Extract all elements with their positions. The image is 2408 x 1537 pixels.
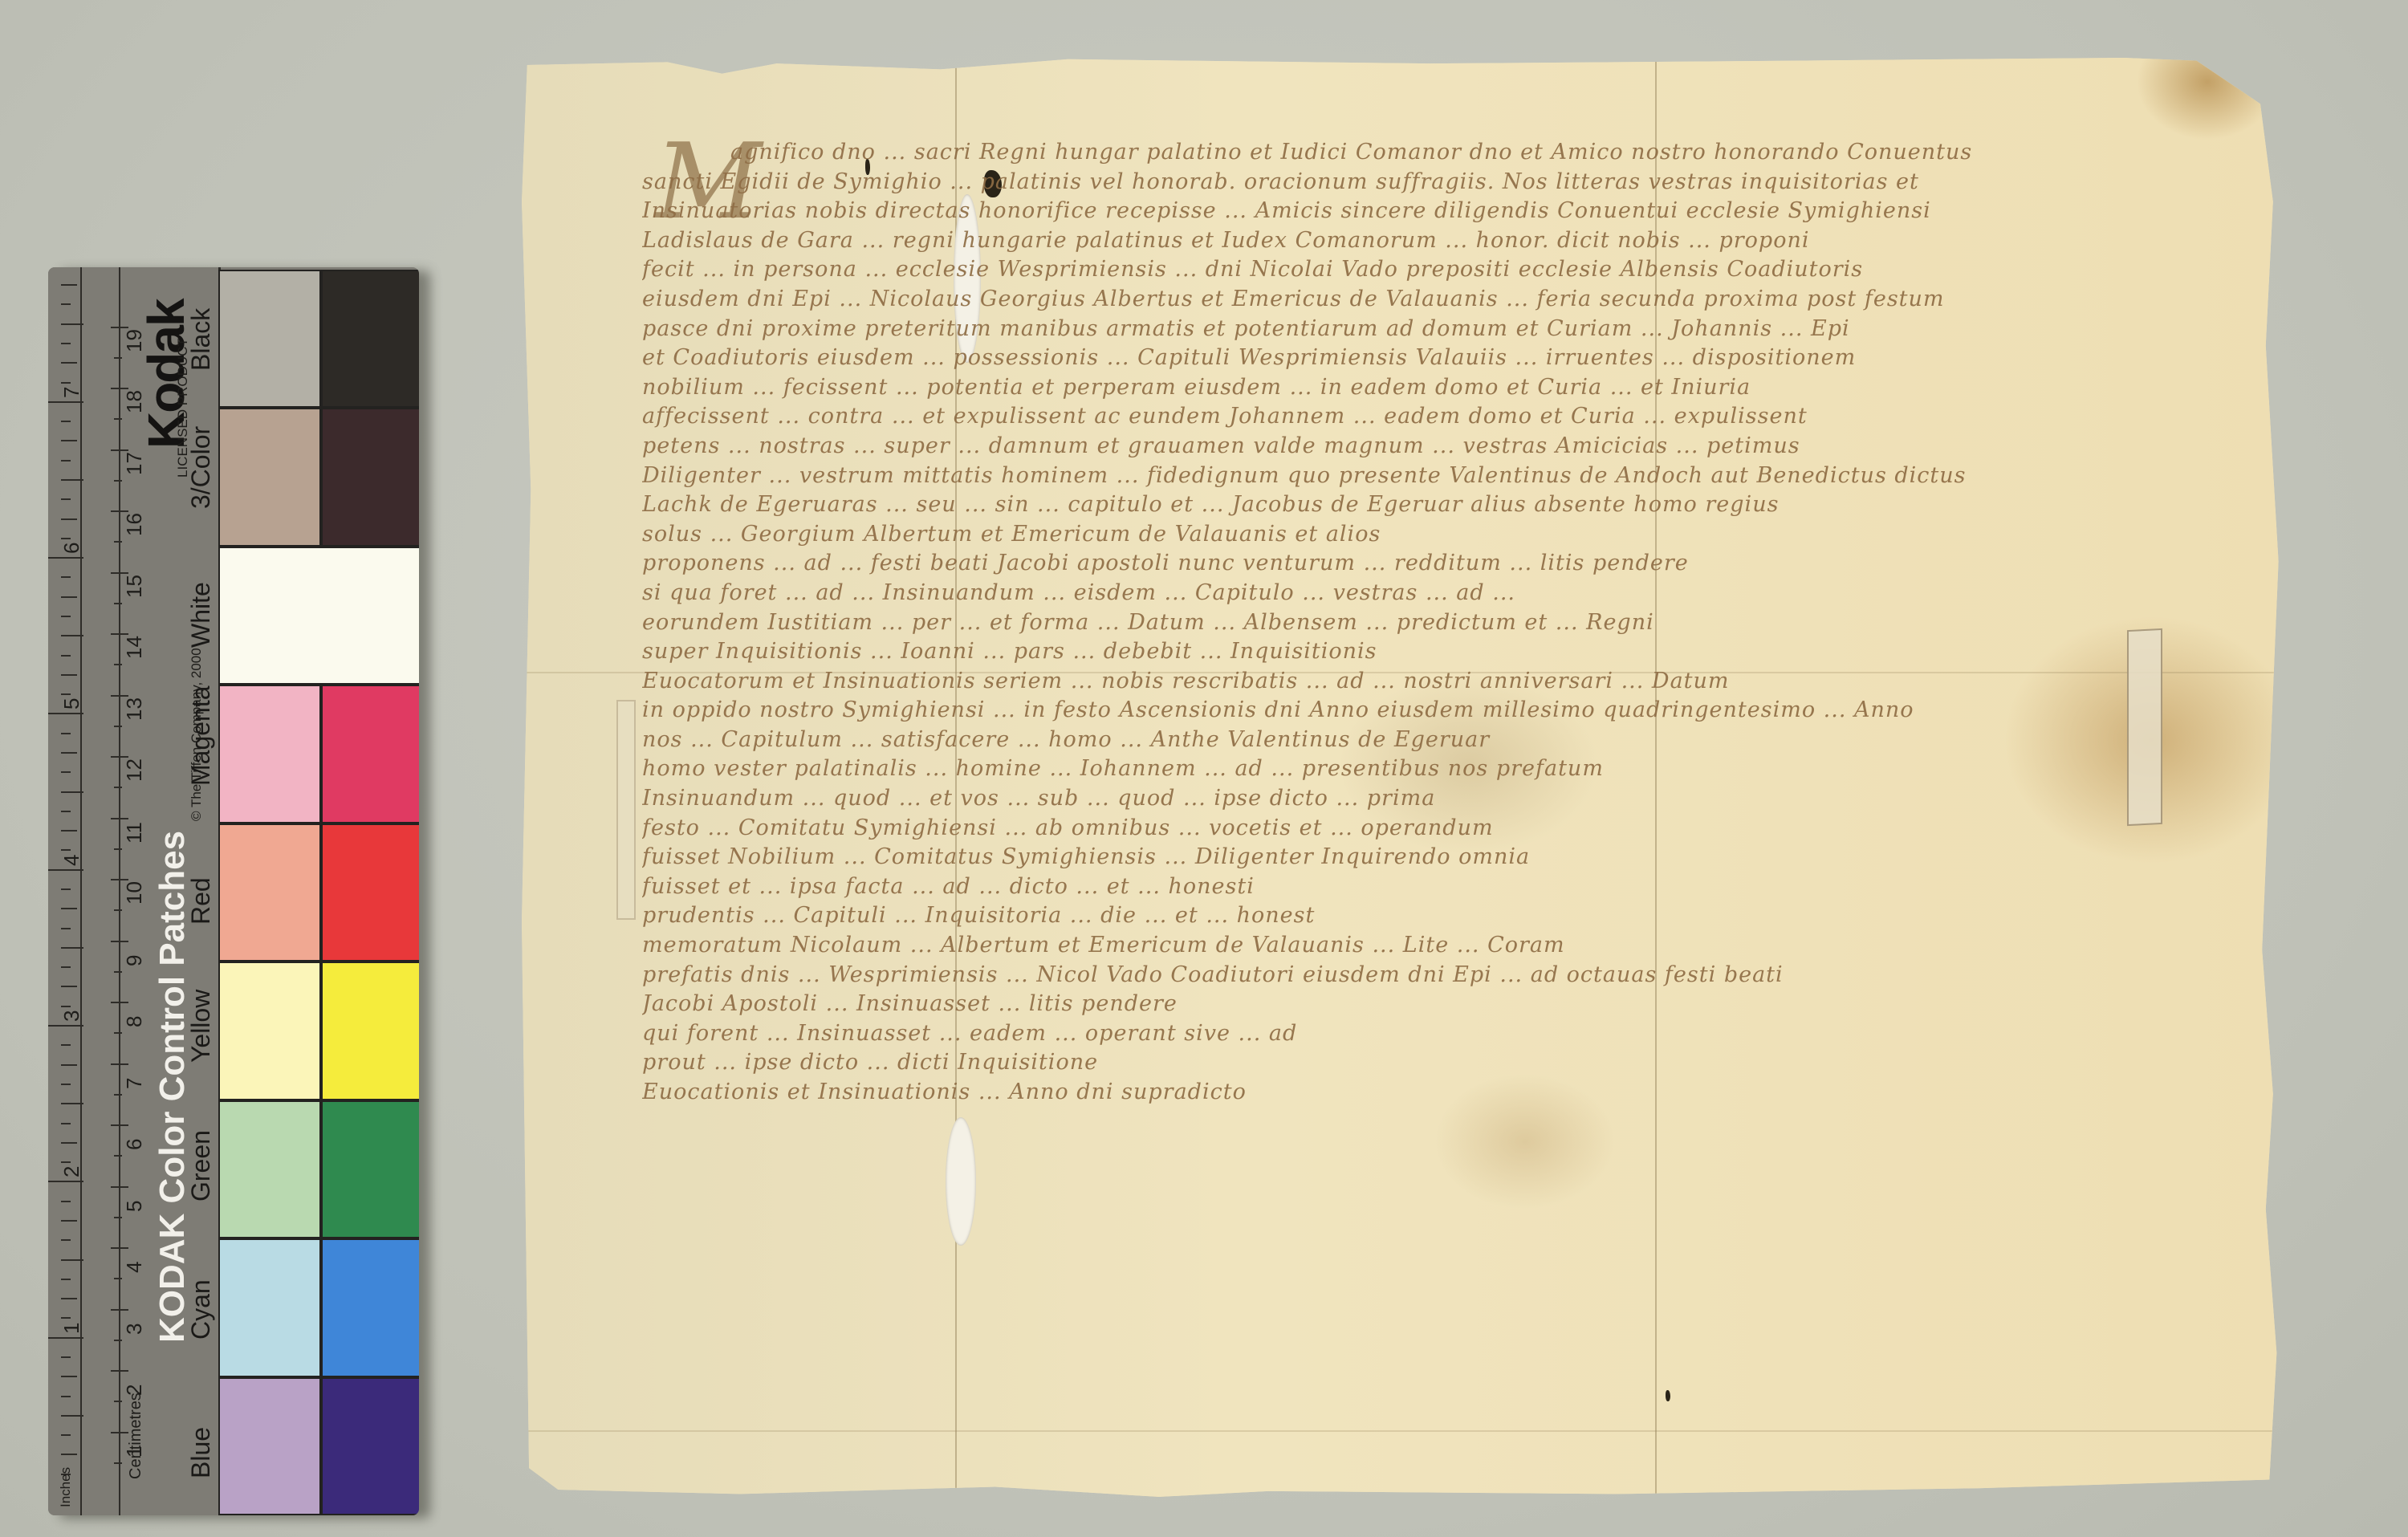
half-cm-tick (114, 664, 122, 665)
half-cm-tick (114, 909, 122, 911)
patch-3-color-dark (321, 408, 419, 547)
half-cm-tick (114, 1278, 122, 1279)
cm-tick-label: 6 (122, 1139, 147, 1150)
half-cm-tick (114, 1217, 122, 1218)
half-cm-tick (114, 1462, 122, 1464)
cm-tick (111, 879, 128, 880)
cm-tick (111, 572, 128, 574)
inch-tick-label: 3 (59, 1010, 84, 1022)
patch-red-light (218, 823, 321, 962)
half-cm-tick (114, 603, 122, 604)
patch-label: White (186, 582, 216, 648)
patch-green-dark (321, 1100, 419, 1239)
manuscript-line: Diligenter ... vestrum mittatis hominem … (642, 462, 2231, 491)
inch-subtick (61, 1084, 71, 1085)
cm-tick (111, 1247, 128, 1249)
inch-subtick (61, 576, 71, 578)
cm-tick (111, 1309, 128, 1311)
inch-subtick (61, 966, 71, 968)
half-cm-tick (114, 1401, 122, 1402)
inch-subtick (61, 830, 77, 832)
inches-label: Inches (58, 1467, 74, 1507)
patch-black-light (218, 270, 321, 409)
manuscript-line: Lachk de Egeruaras ... seu ... sin ... c… (642, 490, 2231, 520)
manuscript-line: Euocatorum et Insinuationis seriem ... n… (642, 667, 2231, 697)
inch-tick-label: 4 (59, 854, 84, 865)
inch-tick (48, 557, 83, 559)
inch-subtick (61, 849, 71, 851)
manuscript-line: Ladislaus de Gara ... regni hungarie pal… (642, 226, 2231, 256)
inch-subtick (61, 1317, 71, 1319)
half-cm-tick (114, 357, 122, 359)
patch-3-color-light (218, 408, 321, 547)
inch-tick (48, 401, 83, 403)
inch-subtick (61, 538, 71, 539)
manuscript-line: eorundem Iustitiam ... per ... et forma … (642, 608, 2231, 638)
half-cm-tick (114, 418, 122, 420)
cm-tick (111, 449, 128, 451)
inch-tick-label: 6 (59, 543, 84, 554)
cm-tick (111, 510, 128, 512)
manuscript-line: Jacobi Apostoli ... Insinuasset ... liti… (642, 990, 2167, 1019)
patch-label: Magenta (186, 686, 216, 787)
patch-label: Red (186, 877, 216, 925)
inch-tick (48, 1025, 83, 1027)
inch-subtick (61, 908, 77, 909)
cm-tick (111, 1370, 128, 1372)
inch-subtick (61, 518, 77, 520)
patch-cyan-light (218, 1238, 321, 1377)
cm-tick-label: 15 (122, 575, 147, 598)
inch-subtick (61, 1064, 77, 1066)
inch-tick-label: 7 (59, 386, 84, 397)
manuscript-line: in oppido nostro Symighiensi ... in fest… (642, 696, 2231, 726)
inch-subtick (61, 479, 83, 481)
manuscript-line: agnifico dno ... sacri Regni hungar pala… (642, 138, 2231, 168)
inch-tick-label: 1 (59, 1322, 84, 1333)
manuscript-line: super Inquisitionis ... Ioanni ... pars … (642, 637, 2231, 667)
inch-subtick (61, 616, 71, 617)
cm-tick-label: 5 (122, 1200, 147, 1211)
inch-subtick (61, 284, 77, 286)
inch-subtick (61, 1103, 83, 1104)
manuscript-line: proponens ... ad ... festi beati Jacobi … (642, 549, 2231, 579)
half-cm-tick (114, 1032, 122, 1034)
manuscript-line: fecit ... in persona ... ecclesie Wespri… (642, 255, 2231, 285)
patch-black-dark (321, 270, 419, 409)
inch-subtick (61, 596, 77, 598)
patch-white (218, 547, 419, 685)
inch-subtick (61, 655, 71, 657)
inch-subtick (61, 733, 71, 734)
patch-red-dark (321, 823, 419, 962)
inch-subtick (61, 1298, 77, 1299)
manuscript-line: fuisset Nobilium ... Comitatus Symighien… (642, 843, 2231, 872)
patch-green-light (218, 1100, 321, 1239)
inch-subtick (61, 811, 71, 812)
patch-label: Cyan (186, 1280, 216, 1340)
inch-subtick (61, 1006, 71, 1007)
manuscript-line: nobilium ... fecissent ... potentia et p… (642, 373, 2231, 403)
half-cm-tick (114, 848, 122, 850)
inch-subtick (61, 343, 71, 344)
cm-tick-label: 16 (122, 513, 147, 536)
inch-tick (48, 713, 83, 714)
inch-subtick (61, 1415, 83, 1417)
inch-subtick (61, 1201, 71, 1202)
inch-subtick (61, 1142, 77, 1144)
inch-subtick (61, 421, 71, 422)
manuscript-line: qui forent ... Insinuasset ... eadem ...… (642, 1019, 1525, 1049)
cm-tick (111, 756, 128, 758)
cm-tick (111, 941, 128, 942)
half-cm-tick (114, 1094, 122, 1096)
inch-subtick (61, 1279, 71, 1280)
cm-tick (111, 633, 128, 635)
inch-subtick (61, 1220, 77, 1222)
inch-subtick (61, 1044, 71, 1046)
patch-label: Green (186, 1130, 216, 1202)
patch-blue-dark (321, 1377, 419, 1516)
patch-label: 3/Color (186, 426, 216, 509)
inch-tick (48, 869, 83, 871)
inch-subtick (61, 1376, 77, 1377)
patch-label: Yellow (186, 990, 216, 1063)
manuscript-line: homo vester palatinalis ... homine ... I… (642, 754, 2231, 784)
inch-subtick (61, 791, 83, 793)
cm-tick (111, 327, 128, 328)
inch-subtick (61, 947, 83, 949)
cm-tick-label: 13 (122, 697, 147, 721)
patch-magenta-dark (321, 685, 419, 823)
inch-subtick (61, 1356, 71, 1358)
paper-repair-strip (616, 700, 636, 920)
paper-tear (946, 1117, 976, 1246)
manuscript-text: agnifico dno ... sacri Regni hungar pala… (642, 138, 2231, 1108)
cm-tick (111, 1002, 128, 1003)
cm-tick-label: 11 (122, 822, 147, 844)
manuscript-line: Insinuatorias nobis directas honorifice … (642, 197, 2231, 226)
inch-subtick (61, 1454, 77, 1455)
manuscript-line: prout ... ipse dicto ... dicti Inquisiti… (642, 1048, 1525, 1078)
inch-tick (48, 1337, 83, 1339)
inch-subtick (61, 1123, 71, 1124)
cm-tick (111, 1186, 128, 1188)
inch-subtick (61, 888, 71, 890)
half-cm-tick (114, 971, 122, 973)
inch-subtick (61, 1161, 71, 1163)
inch-subtick (61, 440, 77, 441)
cm-tick (111, 818, 128, 819)
manuscript-line: prefatis dnis ... Wesprimiensis ... Nico… (642, 961, 2167, 990)
inch-subtick (61, 986, 77, 987)
inch-subtick (61, 635, 83, 636)
manuscript-line: et Coadiutoris eiusdem ... possessionis … (642, 344, 2231, 373)
manuscript-line: pasce dni proxime preteritum manibus arm… (642, 315, 2231, 344)
inch-subtick (61, 928, 71, 929)
patch-blue-light (218, 1377, 321, 1516)
manuscript-line: sancti Egidii de Symighio ... palatinis … (642, 168, 2231, 197)
cm-tick-label: 12 (122, 758, 147, 782)
manuscript-line: eiusdem dni Epi ... Nicolaus Georgius Al… (642, 285, 2231, 315)
inch-subtick (61, 1434, 71, 1436)
cm-tick (111, 1432, 128, 1433)
manuscript-line: prudentis ... Capituli ... Inquisitoria … (642, 901, 2231, 931)
manuscript-sheet: M agnifico dno ... sacri Regni hungar pa… (522, 58, 2342, 1497)
manuscript-line: si qua foret ... ad ... Insinuandum ... … (642, 579, 2231, 608)
inch-subtick (61, 1259, 83, 1261)
inch-tick (48, 1181, 83, 1182)
inch-subtick (61, 323, 83, 325)
patch-yellow-light (218, 962, 321, 1100)
cm-tick-label: 4 (122, 1262, 147, 1273)
half-cm-tick (114, 541, 122, 543)
manuscript-line: festo ... Comitatu Symighiensi ... ab om… (642, 814, 2231, 844)
inch-subtick (61, 362, 77, 364)
ink-mark (1666, 1390, 1670, 1401)
inch-subtick (61, 382, 71, 384)
half-cm-tick (114, 480, 122, 482)
patch-magenta-light (218, 685, 321, 823)
cm-tick (111, 1063, 128, 1065)
inch-subtick (61, 752, 77, 754)
cm-scale-line (119, 267, 120, 1515)
cm-tick-label: 7 (122, 1077, 147, 1088)
cm-tick-label: 14 (122, 636, 147, 659)
half-cm-tick (114, 726, 122, 727)
inch-subtick (61, 674, 77, 676)
manuscript-line: affecissent ... contra ... et expulissen… (642, 402, 2231, 432)
kodak-color-control-strip: 1234567891011121314151617181912345678 In… (48, 267, 419, 1515)
horizontal-fold (522, 1430, 2342, 1432)
inch-subtick (61, 498, 71, 500)
half-cm-tick (114, 787, 122, 788)
manuscript-line: fuisset et ... ipsa facta ... ad ... dic… (642, 872, 2231, 902)
inch-tick-label: 5 (59, 698, 84, 710)
inch-tick-label: 2 (59, 1166, 84, 1177)
cm-tick (111, 1124, 128, 1126)
cm-tick-label: 8 (122, 1016, 147, 1027)
manuscript-line: Insinuandum ... quod ... et vos ... sub … (642, 784, 2231, 814)
cm-tick-label: 3 (122, 1323, 147, 1334)
cm-tick-label: 9 (122, 954, 147, 966)
manuscript-line: nos ... Capitulum ... satisfacere ... ho… (642, 726, 2231, 755)
patch-label: Black (186, 308, 216, 371)
inch-subtick (61, 771, 71, 773)
centimetres-label: Centimetres (127, 1393, 145, 1479)
inch-subtick (61, 1239, 71, 1241)
cm-tick-label: 10 (122, 881, 147, 905)
patch-label: Blue (186, 1427, 216, 1478)
inch-subtick (61, 1396, 71, 1397)
patch-yellow-dark (321, 962, 419, 1100)
cm-tick-label: 17 (122, 452, 147, 475)
inch-subtick (61, 460, 71, 462)
inch-subtick (61, 303, 71, 305)
patch-cyan-dark (321, 1238, 419, 1377)
cm-tick (111, 695, 128, 697)
half-cm-tick (114, 1340, 122, 1341)
manuscript-line: memoratum Nicolaum ... Albertum et Emeri… (642, 931, 2167, 961)
manuscript-line: petens ... nostras ... super ... damnum … (642, 432, 2231, 462)
inch-subtick (61, 693, 71, 695)
manuscript-line: solus ... Georgium Albertum et Emericum … (642, 520, 2231, 550)
cm-tick (111, 388, 128, 389)
manuscript-line: Euocationis et Insinuationis ... Anno dn… (642, 1078, 1525, 1108)
half-cm-tick (114, 1155, 122, 1157)
